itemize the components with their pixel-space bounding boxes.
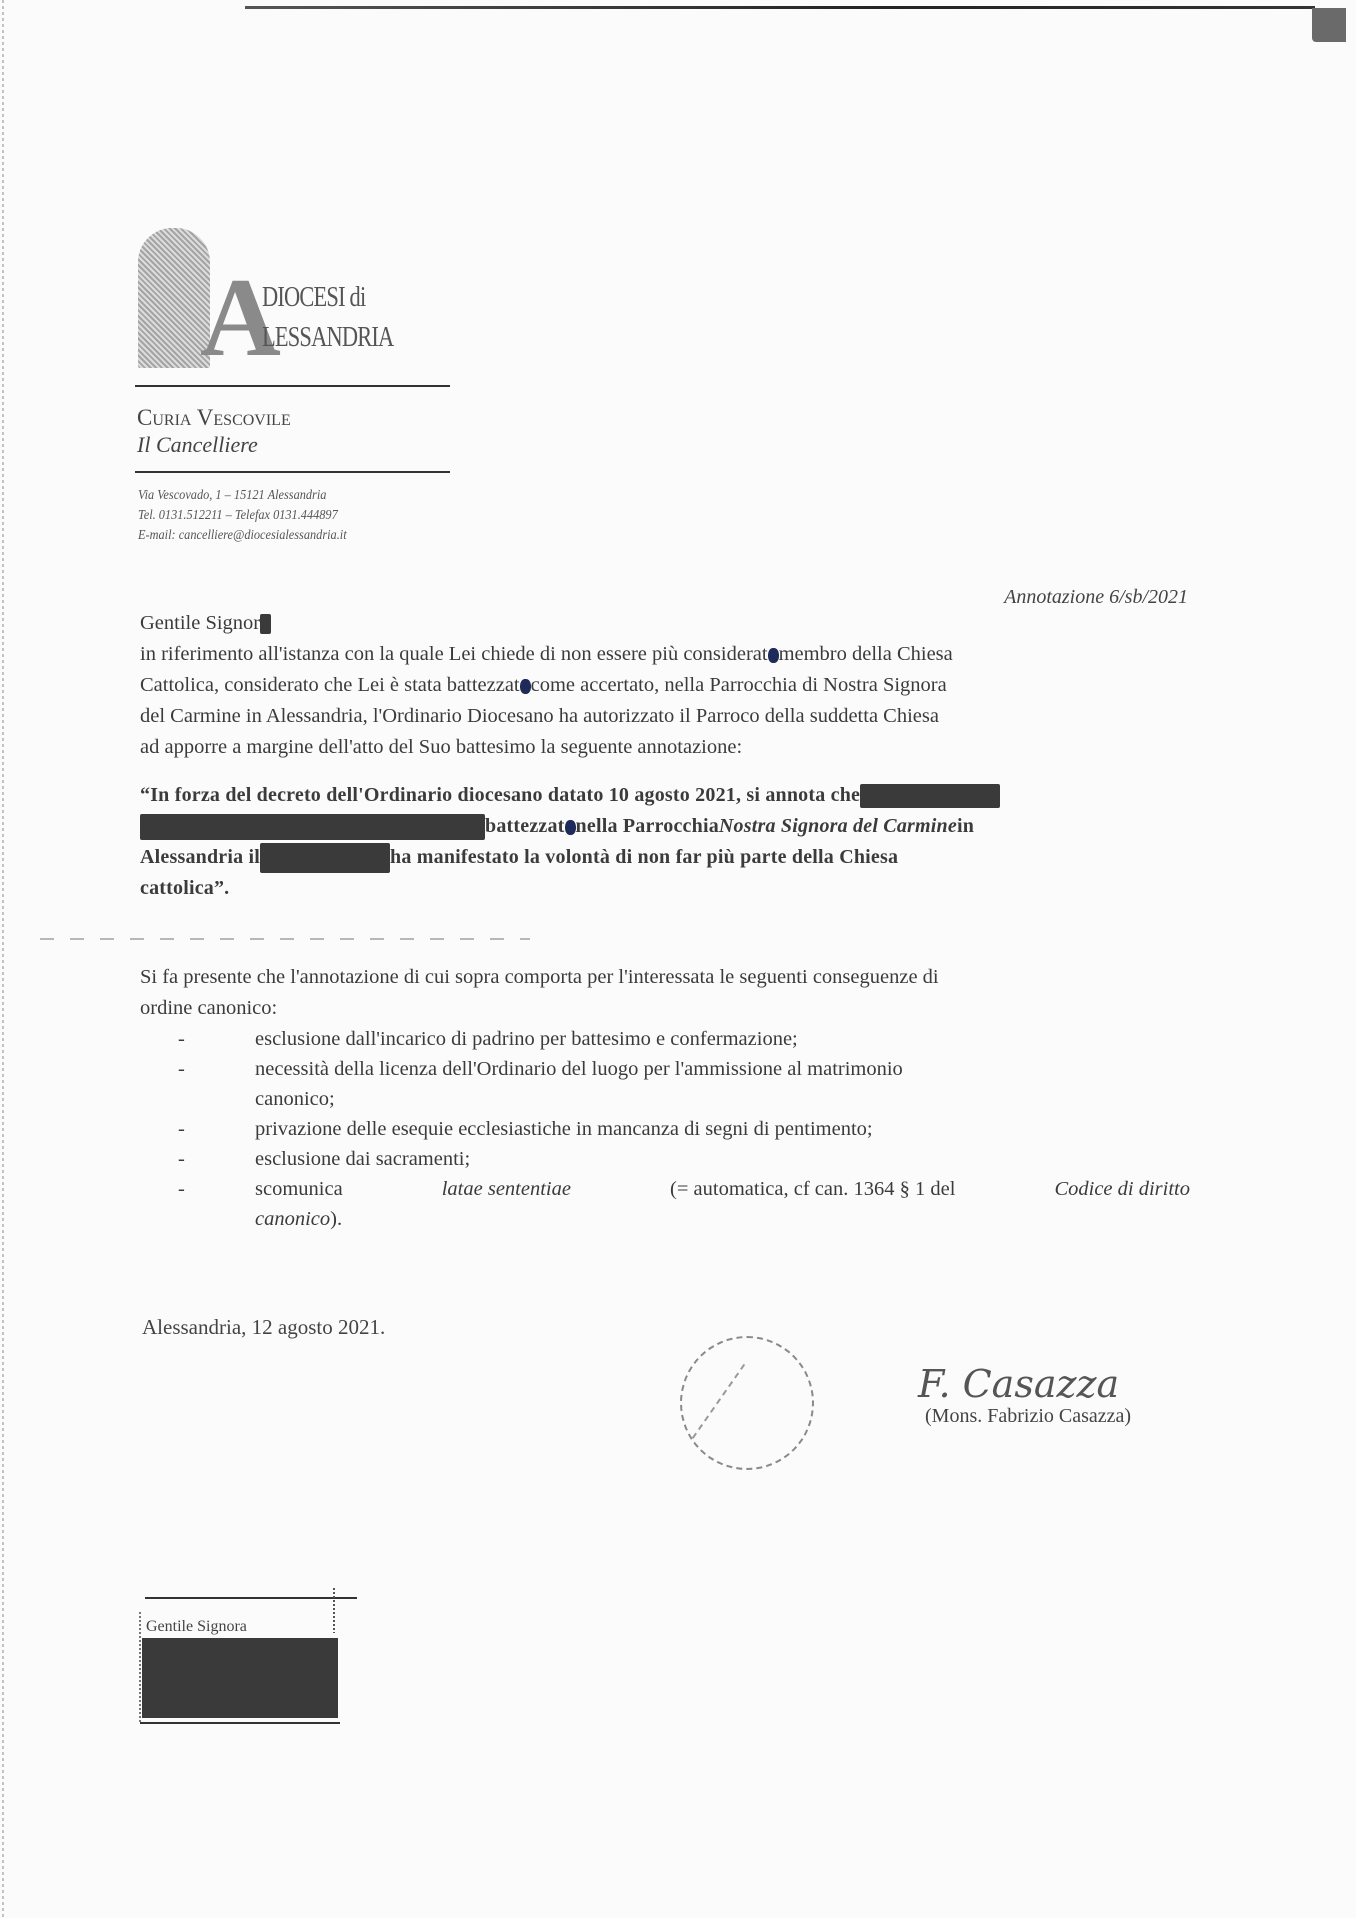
redaction bbox=[520, 679, 531, 694]
handwritten-signature: F. Casazza bbox=[918, 1362, 1119, 1406]
office-email: E-mail: cancelliere@diocesialessandria.i… bbox=[138, 528, 347, 544]
consequences-intro: Si fa presente che l'annotazione di cui … bbox=[140, 962, 1190, 1024]
wordmark-line1: DIOCESI di bbox=[262, 282, 365, 314]
redaction bbox=[260, 843, 390, 873]
intro-line: Cattolica, considerato che Lei è stata b… bbox=[140, 670, 1190, 701]
list-item: -necessità della licenza dell'Ordinario … bbox=[150, 1054, 1190, 1114]
address-redaction bbox=[142, 1638, 338, 1718]
address-box-border bbox=[145, 1597, 357, 1599]
list-item: -esclusione dall'incarico di padrino per… bbox=[150, 1024, 1190, 1054]
list-item: - scomunicalatae sententiae(= automatica… bbox=[150, 1174, 1190, 1234]
office-name: Curia Vescovile bbox=[137, 405, 291, 431]
office-role: Il Cancelliere bbox=[137, 432, 258, 458]
official-stamp-icon bbox=[680, 1336, 814, 1470]
letterhead-rule bbox=[135, 471, 450, 473]
address-salutation: Gentile Signora bbox=[146, 1618, 247, 1636]
redaction bbox=[140, 814, 485, 840]
signatory-name: (Mons. Fabrizio Casazza) bbox=[925, 1405, 1131, 1428]
wordmark-line2: LESSANDRIA bbox=[262, 322, 393, 354]
letterhead-rule bbox=[135, 385, 450, 387]
list-item: -privazione delle esequie ecclesiastiche… bbox=[150, 1114, 1190, 1144]
scan-corner-shadow bbox=[1312, 8, 1346, 42]
intro-line: ad apporre a margine dell'atto del Suo b… bbox=[140, 732, 1190, 763]
date-line: Alessandria, 12 agosto 2021. bbox=[142, 1315, 385, 1340]
address-box-border bbox=[140, 1722, 340, 1724]
office-address: Via Vescovado, 1 – 15121 Alessandria bbox=[138, 488, 326, 504]
redaction bbox=[860, 784, 1000, 808]
consequences-list: -esclusione dall'incarico di padrino per… bbox=[150, 1024, 1190, 1234]
scan-edge bbox=[2, 0, 4, 1918]
redaction bbox=[565, 820, 576, 835]
address-box-border bbox=[333, 1588, 335, 1633]
office-phone: Tel. 0131.512211 – Telefax 0131.444897 bbox=[138, 508, 338, 524]
list-item: -esclusione dai sacramenti; bbox=[150, 1144, 1190, 1174]
intro-line: del Carmine in Alessandria, l'Ordinario … bbox=[140, 701, 1190, 732]
scan-artifact-line bbox=[40, 938, 530, 940]
redaction bbox=[768, 648, 779, 663]
salutation: Gentile Signor bbox=[140, 608, 1190, 639]
letter-intro: Gentile Signor in riferimento all'istanz… bbox=[140, 608, 1190, 763]
baptism-annotation-quote: “In forza del decreto dell'Ordinario dio… bbox=[140, 780, 1190, 904]
reference-number: Annotazione 6/sb/2021 bbox=[1004, 586, 1188, 609]
address-box-border bbox=[139, 1612, 141, 1722]
redaction bbox=[260, 614, 271, 634]
intro-line: in riferimento all'istanza con la quale … bbox=[140, 639, 1190, 670]
scan-top-edge bbox=[245, 6, 1315, 9]
